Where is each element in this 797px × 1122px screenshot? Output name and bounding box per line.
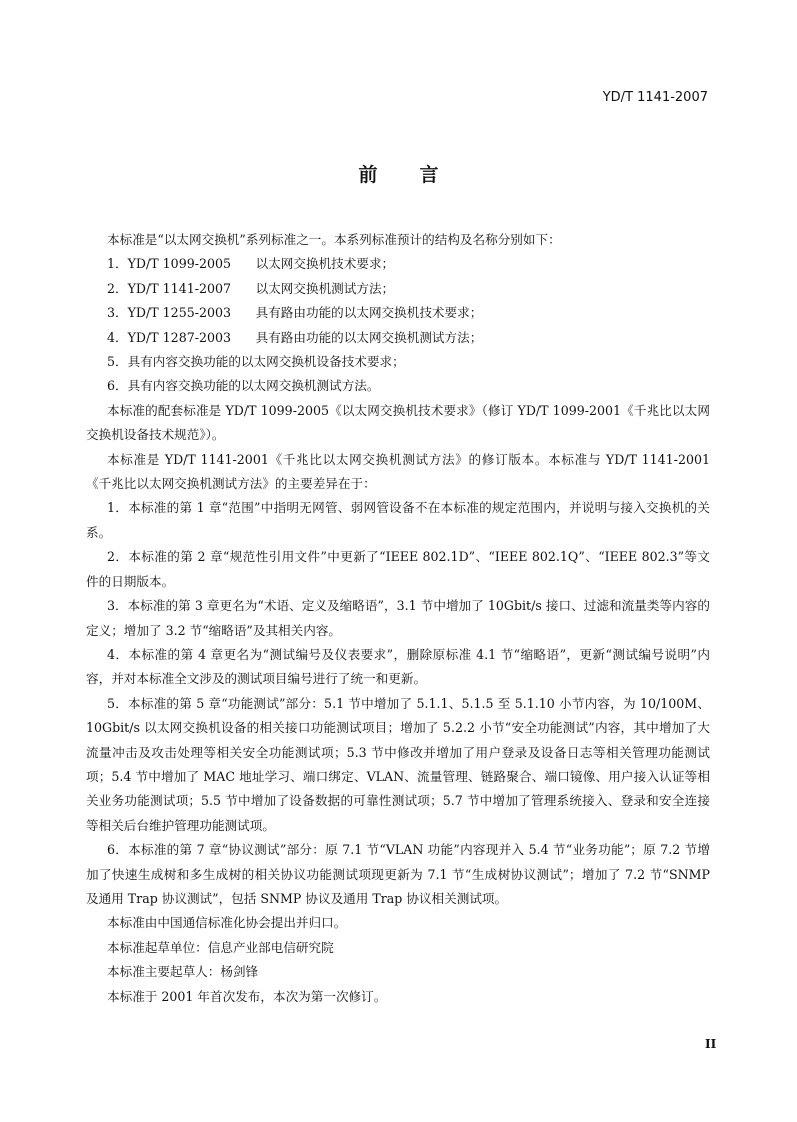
difference-item-4: 4．本标准的第 4 章更名为“测试编号及仪表要求”，删除原标准 4.1 节“缩略… <box>86 643 710 692</box>
standard-code: YD/T 1255-2003 <box>128 301 256 325</box>
series-list-item: 3．YD/T 1255-2003具有路由功能的以太网交换机技术要求； <box>86 301 710 325</box>
history-paragraph: 本标准于 2001 年首次发布，本次为第一次修订。 <box>86 985 710 1009</box>
drafting-unit-paragraph: 本标准起草单位：信息产业部电信研究院 <box>86 936 710 960</box>
page-title: 前言 <box>0 160 797 187</box>
series-list-item: 2．YD/T 1141-2007以太网交换机测试方法； <box>86 277 710 301</box>
standard-name: 以太网交换机技术要求； <box>256 256 395 271</box>
standard-name: 以太网交换机测试方法； <box>256 281 395 296</box>
page-number: II <box>705 1037 716 1051</box>
series-list-item: 1．YD/T 1099-2005以太网交换机技术要求； <box>86 252 710 276</box>
standard-name: 具有路由功能的以太网交换机测试方法； <box>256 330 483 345</box>
proposed-by-paragraph: 本标准由中国通信标准化协会提出并归口。 <box>86 911 710 935</box>
difference-item-6: 6．本标准的第 7 章“协议测试”部分：原 7.1 节“VLAN 功能”内容现并… <box>86 838 710 911</box>
difference-item-5: 5．本标准的第 5 章“功能测试”部分：5.1 节中增加了 5.1.1、5.1.… <box>86 692 710 838</box>
difference-item-3: 3．本标准的第 3 章更名为“术语、定义及缩略语”，3.1 节中增加了 10Gb… <box>86 594 710 643</box>
series-list-item: 6．具有内容交换功能的以太网交换机测试方法。 <box>86 374 710 398</box>
difference-item-2: 2．本标准的第 2 章“规范性引用文件”中更新了“IEEE 802.1D”、“I… <box>86 545 710 594</box>
companion-standard-paragraph: 本标准的配套标准是 YD/T 1099-2005《以太网交换机技术要求》（修订 … <box>86 399 710 448</box>
standard-name: 具有内容交换功能的以太网交换机设备技术要求； <box>128 354 405 369</box>
revision-paragraph: 本标准是 YD/T 1141-2001《千兆比以太网交换机测试方法》的修订版本。… <box>86 448 710 497</box>
intro-paragraph: 本标准是“以太网交换机”系列标准之一。本系列标准预计的结构及名称分别如下： <box>86 228 710 252</box>
standard-name: 具有路由功能的以太网交换机技术要求； <box>256 305 483 320</box>
series-list-item: 5．具有内容交换功能的以太网交换机设备技术要求； <box>86 350 710 374</box>
drafters-paragraph: 本标准主要起草人：杨剑锋 <box>86 960 710 984</box>
standard-code-header: YD/T 1141-2007 <box>603 90 708 105</box>
standard-code: YD/T 1287-2003 <box>128 326 256 350</box>
standard-name: 具有内容交换功能的以太网交换机测试方法。 <box>128 378 380 393</box>
series-list-item: 4．YD/T 1287-2003具有路由功能的以太网交换机测试方法； <box>86 326 710 350</box>
difference-item-1: 1．本标准的第 1 章“范围”中指明无网管、弱网管设备不在本标准的规定范围内，并… <box>86 496 710 545</box>
standard-code: YD/T 1099-2005 <box>128 252 256 276</box>
standard-code: YD/T 1141-2007 <box>128 277 256 301</box>
foreword-body: 本标准是“以太网交换机”系列标准之一。本系列标准预计的结构及名称分别如下： 1．… <box>86 228 710 1009</box>
